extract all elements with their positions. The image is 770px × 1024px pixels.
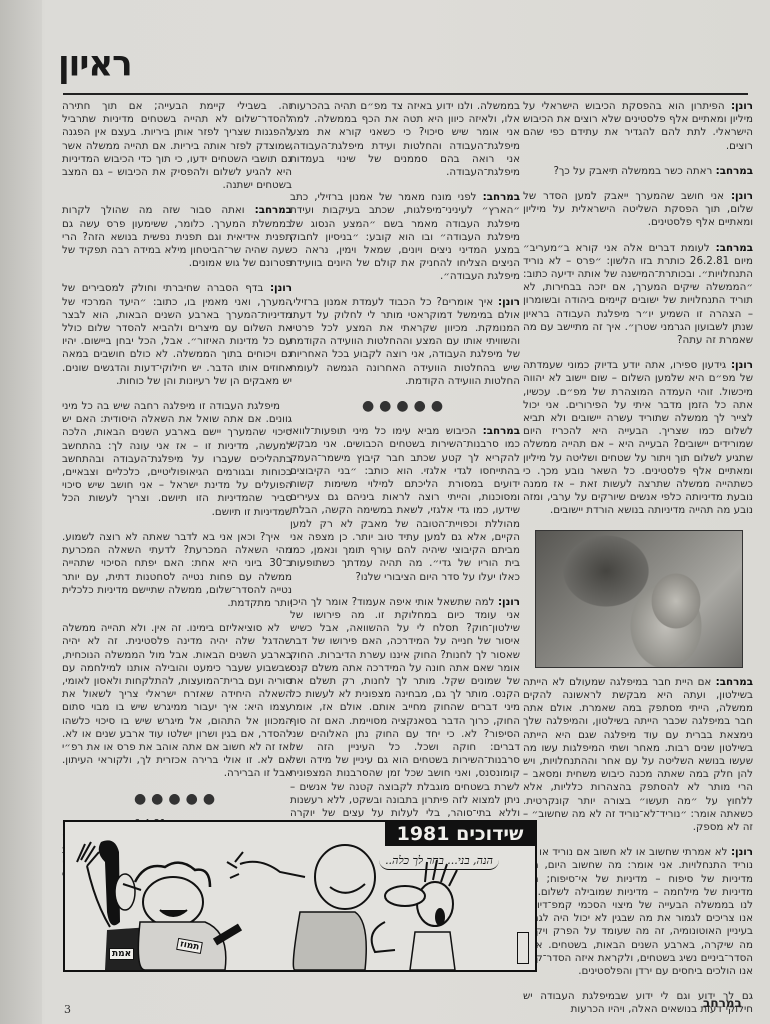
speaker-label: רונן: [498, 296, 520, 308]
article-paragraph: במרחב: ראתה כשר בממשלה תיאבק על כך? [523, 165, 753, 178]
paragraph-text: אני חושב שהמערך ייאבק למען הסדר של שלום,… [523, 190, 753, 228]
article-paragraph: בממשלה. ולנו ידוע באיזה צד מפ״ם תהיה בהכ… [290, 100, 520, 179]
article-paragraph: לא סוציאליזם בימינו. זה אין. ולא תהייה מ… [62, 622, 292, 780]
speaker-label: רונן: [731, 846, 753, 858]
article-paragraph: רונן: הפיתרון הוא בהפסקת הכיבוש הישראלי … [523, 100, 753, 153]
cartoon-drawing-icon [65, 822, 535, 970]
column-right: רונן: הפיתרון הוא בהפסקת הכיבוש הישראלי … [523, 100, 753, 1024]
paragraph-text: לפני מונח מאמר של אמנון ברזילי, כתב ״האר… [290, 191, 520, 282]
page-fold-shadow [0, 0, 42, 1024]
speaker-label: רונן: [498, 596, 520, 608]
paragraph-text: זה. בשבילי קיימת הבעייה; אם תוך חתירה לה… [62, 100, 292, 191]
speaker-label: במרחב: [483, 425, 520, 437]
article-paragraph: רונן: גידעון ספירו, אתה יודע בדיוק כמוני… [523, 359, 753, 517]
section-divider-dots: ●●●●● [290, 400, 520, 413]
speaker-label: רונן: [731, 100, 753, 112]
article-paragraph: רונן: למה שתשאל אותי איפה אעמוד? אומר לך… [290, 596, 520, 834]
speaker-label: במרחב: [716, 676, 753, 688]
article-paragraph: במרחב: הכיבוש מביא עימו כל מיני תופעות־ל… [290, 425, 520, 583]
article-paragraph: במרחב: לפני מונח מאמר של אמנון ברזילי, כ… [290, 191, 520, 283]
speaker-label: רונן: [731, 359, 753, 371]
article-paragraph: רונן: איך אומרים? כל הכבוד לעמדת אמנון ב… [290, 296, 520, 388]
section-title: ראיון [58, 43, 132, 85]
article-paragraph: מיפלגת העבודה זו מיפלגה רחבה שיש בה כל מ… [62, 400, 292, 519]
speaker-label: במרחב: [716, 242, 753, 254]
paragraph-text: ראתה כשר בממשלה תיאבק על כך? [553, 165, 712, 177]
article-paragraph: במרחב: ואתה סבור שזה מה שהולך לקרות בממש… [62, 204, 292, 270]
speaker-label: במרחב: [483, 191, 520, 203]
article-paragraph: רונן: לא אמרתי שחשוב או לא חשוב אם נוריד… [523, 846, 753, 978]
paragraph-text: בממשלה. ולנו ידוע באיזה צד מפ״ם תהיה בהכ… [290, 100, 520, 178]
paragraph-text: איך אומרים? כל הכבוד לעמדת אמנון ברזילי,… [290, 296, 520, 387]
paragraph-text: לעומת דברים אלה אני קורא ב״מעריב״ מיום 2… [523, 242, 753, 346]
paragraph-text: איך? וכאן אני בא לדבר שאתה לא רוצה לשמוע… [62, 531, 292, 609]
article-paragraph: איך? וכאן אני בא לדבר שאתה לא רוצה לשמוע… [62, 531, 292, 610]
page-number: 3 [64, 1003, 71, 1016]
paragraph-text: הפיתרון הוא בהפסקת הכיבוש הישראלי על מיל… [523, 100, 753, 152]
paragraph-text: מיפלגת העבודה זו מיפלגה רחבה שיש בה כל מ… [62, 400, 292, 518]
paragraph-text: לא סוציאליזם בימינו. זה אין. ולא תהייה מ… [62, 622, 292, 779]
political-cartoon: שידוכים 1981 הנה, בני... בחר לך כלה.. [63, 820, 537, 972]
article-paragraph: רונן: בדף הסברה שחיברתי וחולק למסבירים ש… [62, 282, 292, 388]
cartoonist-signature [517, 932, 529, 964]
interviewee-photo [535, 530, 743, 668]
cartoon-label-left: אמת [109, 948, 134, 960]
article-paragraph: זה. בשבילי קיימת הבעייה; אם תוך חתירה לה… [62, 100, 292, 192]
newspaper-page: ראיון רונן: הפיתרון הוא בהפסקת הכיבוש הי… [0, 0, 770, 1024]
article-paragraph: במרחב: לעומת דברים אלה אני קורא ב״מעריב״… [523, 242, 753, 348]
section-divider-dots: ●●●●● [62, 793, 292, 806]
paragraph-text: למה שתשאל אותי איפה אעמוד? אומר לך היכן … [290, 596, 520, 832]
speaker-label: במרחב: [255, 204, 292, 216]
column-left: זה. בשבילי קיימת הבעייה; אם תוך חתירה לה… [62, 100, 292, 934]
article-paragraph: במרחב: אם היית חבר במיפלגה שמעולם לא היי… [523, 676, 753, 834]
paragraph-text: הכיבוש מביא עימו כל מיני תופעות־לוואי כמ… [290, 425, 520, 582]
paragraph-text: אם היית חבר במיפלגה שמעולם לא הייתה בשיל… [523, 676, 753, 833]
header-rule [63, 93, 748, 95]
speaker-label: רונן: [270, 282, 292, 294]
footer-publication-name: במרחב [703, 996, 742, 1010]
speaker-label: במרחב: [716, 165, 753, 177]
column-middle: בממשלה. ולנו ידוע באיזה צד מפ״ם תהיה בהכ… [290, 100, 520, 910]
article-paragraph: רונן: אני חושב שהמערך ייאבק למען הסדר של… [523, 190, 753, 230]
paragraph-text: לא אמרתי שחשוב או לא חשוב אם נוריד או לא… [523, 846, 753, 977]
speaker-label: רונן: [731, 190, 753, 202]
paragraph-text: בדף הסברה שחיברתי וחולק למסבירים של המער… [62, 282, 292, 386]
paragraph-text: גידעון ספירו, אתה יודע בדיוק כמוני שעמדת… [523, 359, 753, 516]
